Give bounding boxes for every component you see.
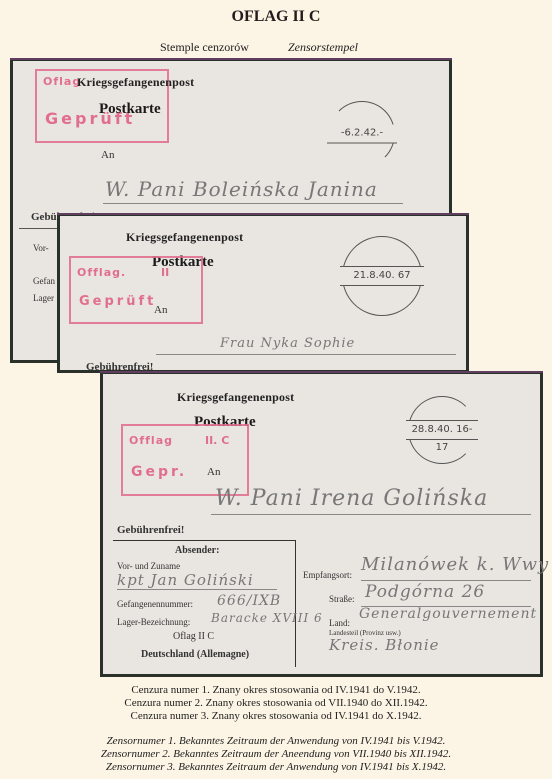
postmark-date: -6.2.42.- [327,125,397,143]
street-value: Podgórna 26 [365,582,485,602]
postmark-1: -6.2.42.- [329,101,395,167]
censor-line-1: Offlag [129,434,173,447]
card-header: Kriegsgefangenenpost [77,75,194,90]
censor-line-1: Offlag. [77,266,126,279]
caption-de-2: Zensornumer 2. Bekanntes Zeitraum der An… [0,748,552,760]
card-header: Kriegsgefangenenpost [126,230,243,245]
subtitle-polish: Stemple cenzorów [160,40,249,55]
caption-pl-1: Cenzura numer 1. Znany okres stosowania … [0,684,552,696]
censor-line-1: Oflag [43,75,81,88]
land-label: Land: [329,618,350,628]
sender-label-3: Lager [33,293,54,303]
number-value: 666/IXB [217,593,281,609]
postmark-date: 28.8.40. 16-17 [406,421,478,457]
sender-heading: Absender: [175,545,219,556]
addressee: W. Pani Irena Golińska [215,486,488,511]
name-label: Vor- und Zuname [117,561,180,571]
postmark-2: 21.8.40. 67 [342,236,422,316]
censor-stamp-2: Offlag. II Geprüft [69,256,203,324]
addressee: W. Pani Boleińska Janina [105,177,378,201]
fee-label: Gebührenfrei! [117,524,184,536]
camp-value: Baracke XVIII 6 [211,611,323,625]
sender-label-1: Vor- [33,243,49,253]
address-line [156,354,456,355]
page-title: OFLAG II C [0,8,552,26]
address-line [211,514,531,515]
censor-line-1b: II [161,266,169,279]
place-value: Milanówek k. Wwy [361,554,549,575]
caption-pl-2: Cenzura numer 2. Znany okres stosowania … [0,697,552,709]
censor-line-2: Geprüft [79,294,156,309]
postmark-date: 21.8.40. 67 [340,267,424,285]
country: Deutschland (Allemagne) [141,649,249,660]
postmark-3: 28.8.40. 16-17 [408,396,476,464]
name-line [117,589,277,590]
to-label: An [101,149,114,161]
camp-name: Oflag II C [173,631,214,642]
street-label: Straße: [329,594,355,604]
camp-label: Lager-Bezeichnung: [117,617,190,627]
land-value: Generalgouvernement [359,606,537,622]
to-label: An [207,466,220,478]
caption-pl-3: Cenzura numer 3. Znany okres stosowania … [0,710,552,722]
card-header: Kriegsgefangenenpost [177,390,294,405]
place-line [361,580,531,581]
place-label: Empfangsort: [303,570,352,580]
name-value: kpt Jan Goliński [117,571,254,589]
sender-box: Absender: Vor- und Zuname kpt Jan Golińs… [113,540,296,667]
caption-de-3: Zensornumer 3. Bekanntes Zeitraum der An… [0,761,552,773]
province-value: Kreis. Błonie [329,636,440,654]
address-line [103,203,403,204]
to-label: An [154,304,167,316]
subtitle-german: Zensorstempel [288,40,358,55]
censor-line-1b: II. C [205,434,229,447]
sender-label-2: Gefan [33,276,55,286]
censor-line-2: Gepr. [131,464,187,480]
number-label: Gefangenennummer: [117,599,193,609]
postcard-2: Kriegsgefangenenpost Postkarte Offlag. I… [57,213,469,373]
postcard-3: Kriegsgefangenenpost Postkarte Offlag II… [100,371,543,677]
card-type: Postkarte [99,101,161,118]
caption-de-1: Zensornumer 1. Bekanntes Zeitraum der An… [0,735,552,747]
addressee: Frau Nyka Sophie [220,336,355,351]
